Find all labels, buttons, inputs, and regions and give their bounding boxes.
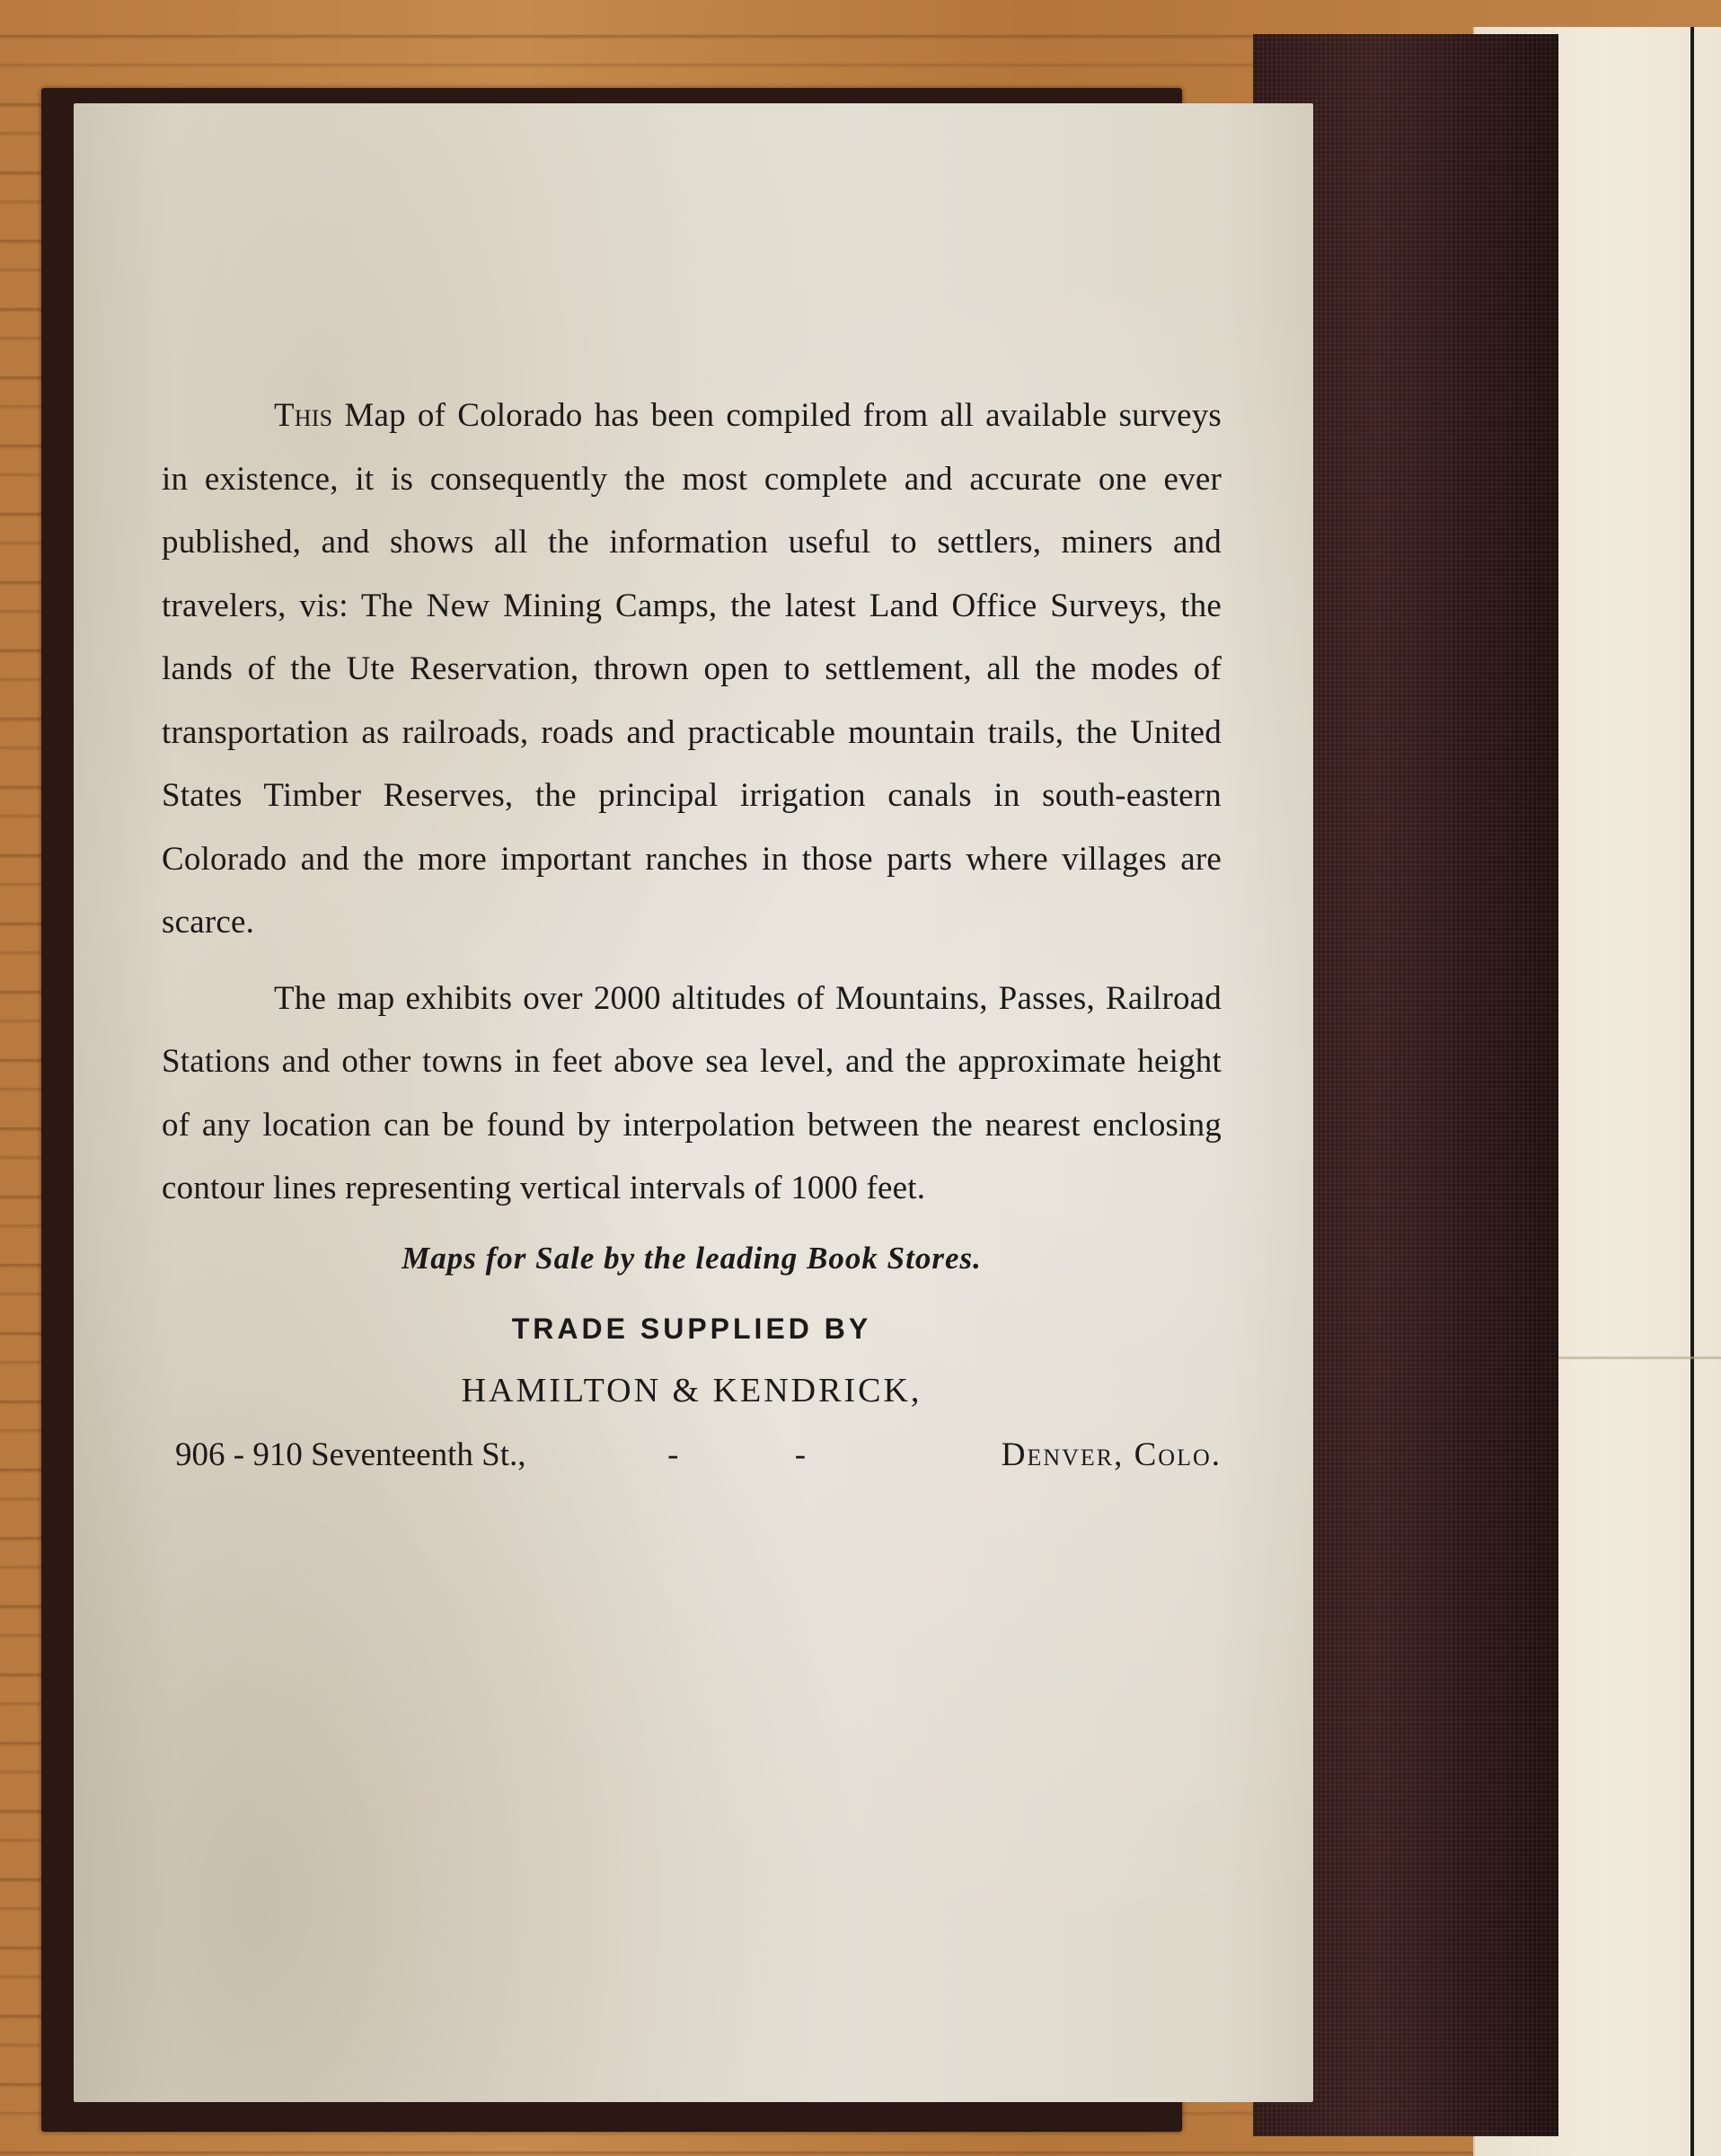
sale-notice: Maps for Sale by the leading Book Stores… (162, 1241, 1222, 1277)
paragraph-1-text: Map of Colorado has been compiled from a… (162, 397, 1222, 941)
separator-dashes: - - (667, 1436, 860, 1474)
paragraph-2: The map exhibits over 2000 altitudes of … (162, 968, 1222, 1221)
document-body: This Map of Colorado has been compiled f… (162, 384, 1222, 1474)
city-state: Denver, Colo. (1002, 1436, 1222, 1474)
paragraph-2-text: The map exhibits over 2000 altitudes of … (162, 980, 1222, 1207)
page-border-line (1690, 27, 1694, 2156)
street-address: 906 - 910 Seventeenth St., (175, 1436, 526, 1474)
company-name: HAMILTON & KENDRICK, (162, 1371, 1222, 1410)
lead-word: This (274, 397, 332, 434)
paragraph-1: This Map of Colorado has been compiled f… (162, 384, 1222, 955)
address-line: 906 - 910 Seventeenth St., - - Denver, C… (162, 1436, 1222, 1474)
trade-heading: TRADE SUPPLIED BY (162, 1312, 1222, 1346)
